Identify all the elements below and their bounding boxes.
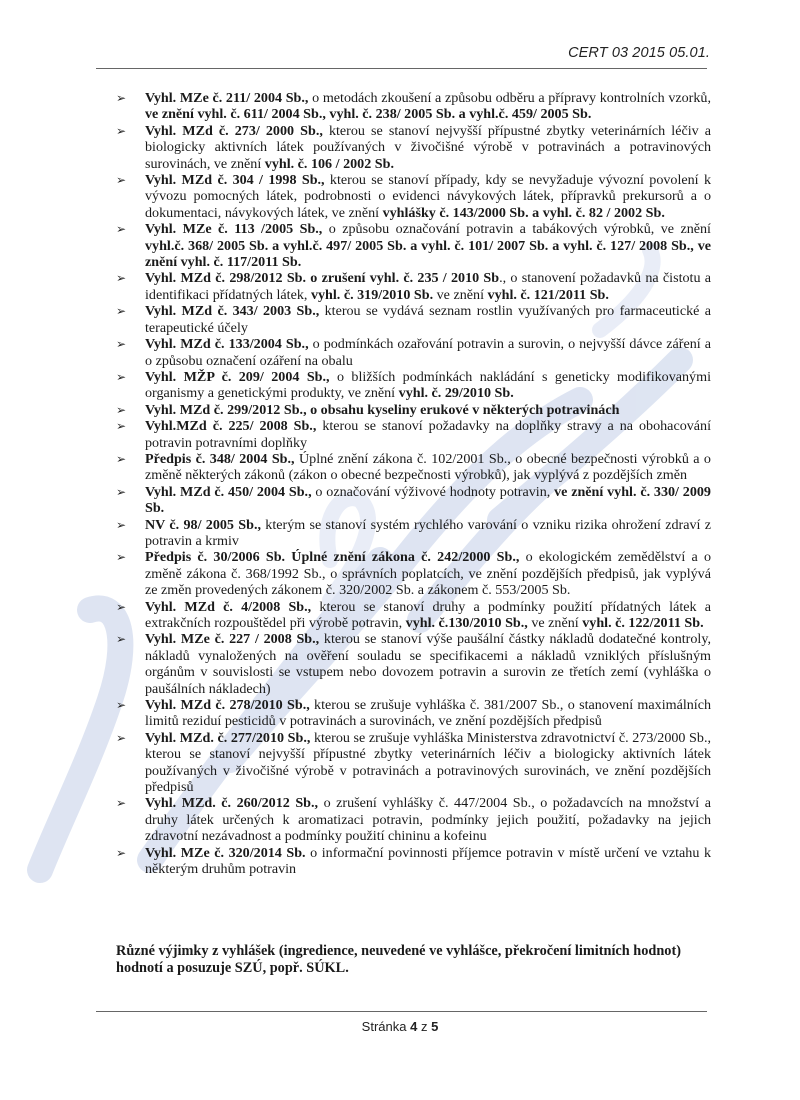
arrowhead-bullet-icon: ➢: [116, 402, 126, 418]
legislation-reference: Vyhl. MŽP č. 209/ 2004 Sb.,: [145, 369, 330, 385]
legislation-reference: Vyhl. MZd č. 343/ 2003 Sb.,: [145, 303, 319, 319]
legislation-reference: Vyhl. MZd č. 273/ 2000 Sb.,: [145, 123, 323, 139]
legislation-item: ➢Vyhl. MZe č. 320/2014 Sb. o informační …: [116, 845, 711, 878]
page-number: Stránka 4 z 5: [0, 1019, 800, 1034]
arrowhead-bullet-icon: ➢: [116, 221, 126, 237]
arrowhead-bullet-icon: ➢: [116, 369, 126, 385]
legislation-item: ➢NV č. 98/ 2005 Sb., kterým se stanoví s…: [116, 517, 711, 550]
legislation-description: ve znění: [433, 287, 487, 303]
arrowhead-bullet-icon: ➢: [116, 303, 126, 319]
arrowhead-bullet-icon: ➢: [116, 631, 126, 647]
arrowhead-bullet-icon: ➢: [116, 517, 126, 533]
of-label: z: [421, 1019, 428, 1034]
legislation-reference: Předpis č. 30/2006 Sb. Úplné znění zákon…: [145, 549, 519, 565]
legislation-reference: Vyhl. MZd č. 133/2004 Sb.,: [145, 336, 309, 352]
legislation-item: ➢Vyhl. MZd. č. 277/2010 Sb., kterou se z…: [116, 730, 711, 796]
legislation-description: o metodách zkoušení a způsobu odběru a p…: [308, 90, 711, 106]
arrowhead-bullet-icon: ➢: [116, 549, 126, 565]
legislation-reference: vyhlášky č. 143/2000 Sb. a vyhl. č. 82 /…: [383, 205, 665, 221]
legislation-reference: Vyhl. MZe č. 113 /2005 Sb.,: [145, 221, 322, 237]
legislation-reference: Vyhl. MZd č. 278/2010 Sb.,: [145, 697, 310, 713]
legislation-reference: Vyhl. MZd č. 4/2008 Sb.,: [145, 599, 311, 615]
legislation-reference: Vyhl. MZd. č. 277/2010 Sb.,: [145, 730, 310, 746]
legislation-reference: vyhl. č. 121/2011 Sb.: [488, 287, 609, 303]
legislation-description: o způsobu označování potravin a tabákový…: [322, 221, 711, 237]
legislation-item: ➢Vyhl. MZd č. 299/2012 Sb., o obsahu kys…: [116, 402, 711, 418]
arrowhead-bullet-icon: ➢: [116, 599, 126, 615]
legislation-item: ➢Vyhl. MZd č. 273/ 2000 Sb., kterou se s…: [116, 123, 711, 172]
legislation-reference: Vyhl. MZd. č. 260/2012 Sb.,: [145, 795, 318, 811]
legislation-item: ➢Předpis č. 30/2006 Sb. Úplné znění záko…: [116, 549, 711, 598]
legislation-item: ➢Předpis č. 348/ 2004 Sb., Úplné znění z…: [116, 451, 711, 484]
legislation-item: ➢Vyhl. MZd č. 278/2010 Sb., kterou se zr…: [116, 697, 711, 730]
legislation-item: ➢Vyhl.MZd č. 225/ 2008 Sb., kterou se st…: [116, 418, 711, 451]
legislation-reference: Vyhl. MZd č. 299/2012 Sb., o obsahu kyse…: [145, 402, 619, 418]
legislation-item: ➢Vyhl. MZd. č. 260/2012 Sb., o zrušení v…: [116, 795, 711, 844]
legislation-reference: vyhl. č. 29/2010 Sb.: [399, 385, 514, 401]
arrowhead-bullet-icon: ➢: [116, 484, 126, 500]
legislation-item: ➢Vyhl. MŽP č. 209/ 2004 Sb., o bližších …: [116, 369, 711, 402]
legislation-reference: Vyhl.MZd č. 225/ 2008 Sb.,: [145, 418, 316, 434]
legislation-reference: vyhl. č. 319/2010 Sb.: [311, 287, 433, 303]
legislation-reference: vyhl. č. 106 / 2002 Sb.: [265, 156, 394, 172]
legislation-item: ➢Vyhl. MZd č. 450/ 2004 Sb., o označován…: [116, 484, 711, 517]
footer-divider: [96, 1011, 707, 1012]
legislation-item: ➢Vyhl. MZd č. 4/2008 Sb., kterou se stan…: [116, 599, 711, 632]
arrowhead-bullet-icon: ➢: [116, 123, 126, 139]
legislation-reference: vyhl. č. 122/2011 Sb.: [582, 615, 703, 631]
legislation-item: ➢Vyhl. MZe č. 227 / 2008 Sb., kterou se …: [116, 631, 711, 697]
legislation-item: ➢Vyhl. MZd č. 343/ 2003 Sb., kterou se v…: [116, 303, 711, 336]
total-pages: 5: [431, 1019, 438, 1034]
arrowhead-bullet-icon: ➢: [116, 845, 126, 861]
arrowhead-bullet-icon: ➢: [116, 90, 126, 106]
legislation-reference: Vyhl. MZd č. 298/2012 Sb. o zrušení vyhl…: [145, 270, 499, 286]
legislation-description: ve znění: [528, 615, 582, 631]
legislation-reference: Vyhl. MZe č. 227 / 2008 Sb.,: [145, 631, 319, 647]
arrowhead-bullet-icon: ➢: [116, 270, 126, 286]
legislation-item: ➢Vyhl. MZd č. 133/2004 Sb., o podmínkách…: [116, 336, 711, 369]
legislation-description: o označování výživové hodnoty potravin,: [312, 484, 554, 500]
current-page: 4: [410, 1019, 417, 1034]
legislation-item: ➢Vyhl. MZe č. 113 /2005 Sb., o způsobu o…: [116, 221, 711, 270]
arrowhead-bullet-icon: ➢: [116, 795, 126, 811]
legislation-reference: ve znění vyhl. č. 611/ 2004 Sb., vyhl. č…: [145, 106, 591, 122]
exceptions-note: Různé výjimky z vyhlášek (ingredience, n…: [116, 943, 716, 977]
document-body: ➢Vyhl. MZe č. 211/ 2004 Sb., o metodách …: [116, 90, 711, 878]
arrowhead-bullet-icon: ➢: [116, 730, 126, 746]
arrowhead-bullet-icon: ➢: [116, 697, 126, 713]
document-code: CERT 03 2015 05.01.: [568, 45, 710, 61]
legislation-item: ➢Vyhl. MZe č. 211/ 2004 Sb., o metodách …: [116, 90, 711, 123]
legislation-item: ➢Vyhl. MZd č. 304 / 1998 Sb., kterou se …: [116, 172, 711, 221]
legislation-reference: Vyhl. MZd č. 304 / 1998 Sb.,: [145, 172, 325, 188]
legislation-reference: vyhl. č.130/2010 Sb.,: [406, 615, 528, 631]
arrowhead-bullet-icon: ➢: [116, 336, 126, 352]
legislation-reference: Vyhl. MZe č. 320/2014 Sb.: [145, 845, 306, 861]
header-divider: [96, 68, 707, 69]
legislation-reference: vyhl.č. 368/ 2005 Sb. a vyhl.č. 497/ 200…: [145, 238, 711, 270]
legislation-reference: Vyhl. MZe č. 211/ 2004 Sb.,: [145, 90, 308, 106]
legislation-reference: Vyhl. MZd č. 450/ 2004 Sb.,: [145, 484, 312, 500]
legislation-item: ➢Vyhl. MZd č. 298/2012 Sb. o zrušení vyh…: [116, 270, 711, 303]
legislation-reference: Předpis č. 348/ 2004 Sb.,: [145, 451, 295, 467]
page-label: Stránka: [362, 1019, 407, 1034]
arrowhead-bullet-icon: ➢: [116, 451, 126, 467]
arrowhead-bullet-icon: ➢: [116, 172, 126, 188]
legislation-reference: NV č. 98/ 2005 Sb.,: [145, 517, 261, 533]
arrowhead-bullet-icon: ➢: [116, 418, 126, 434]
legislation-list: ➢Vyhl. MZe č. 211/ 2004 Sb., o metodách …: [116, 90, 711, 878]
